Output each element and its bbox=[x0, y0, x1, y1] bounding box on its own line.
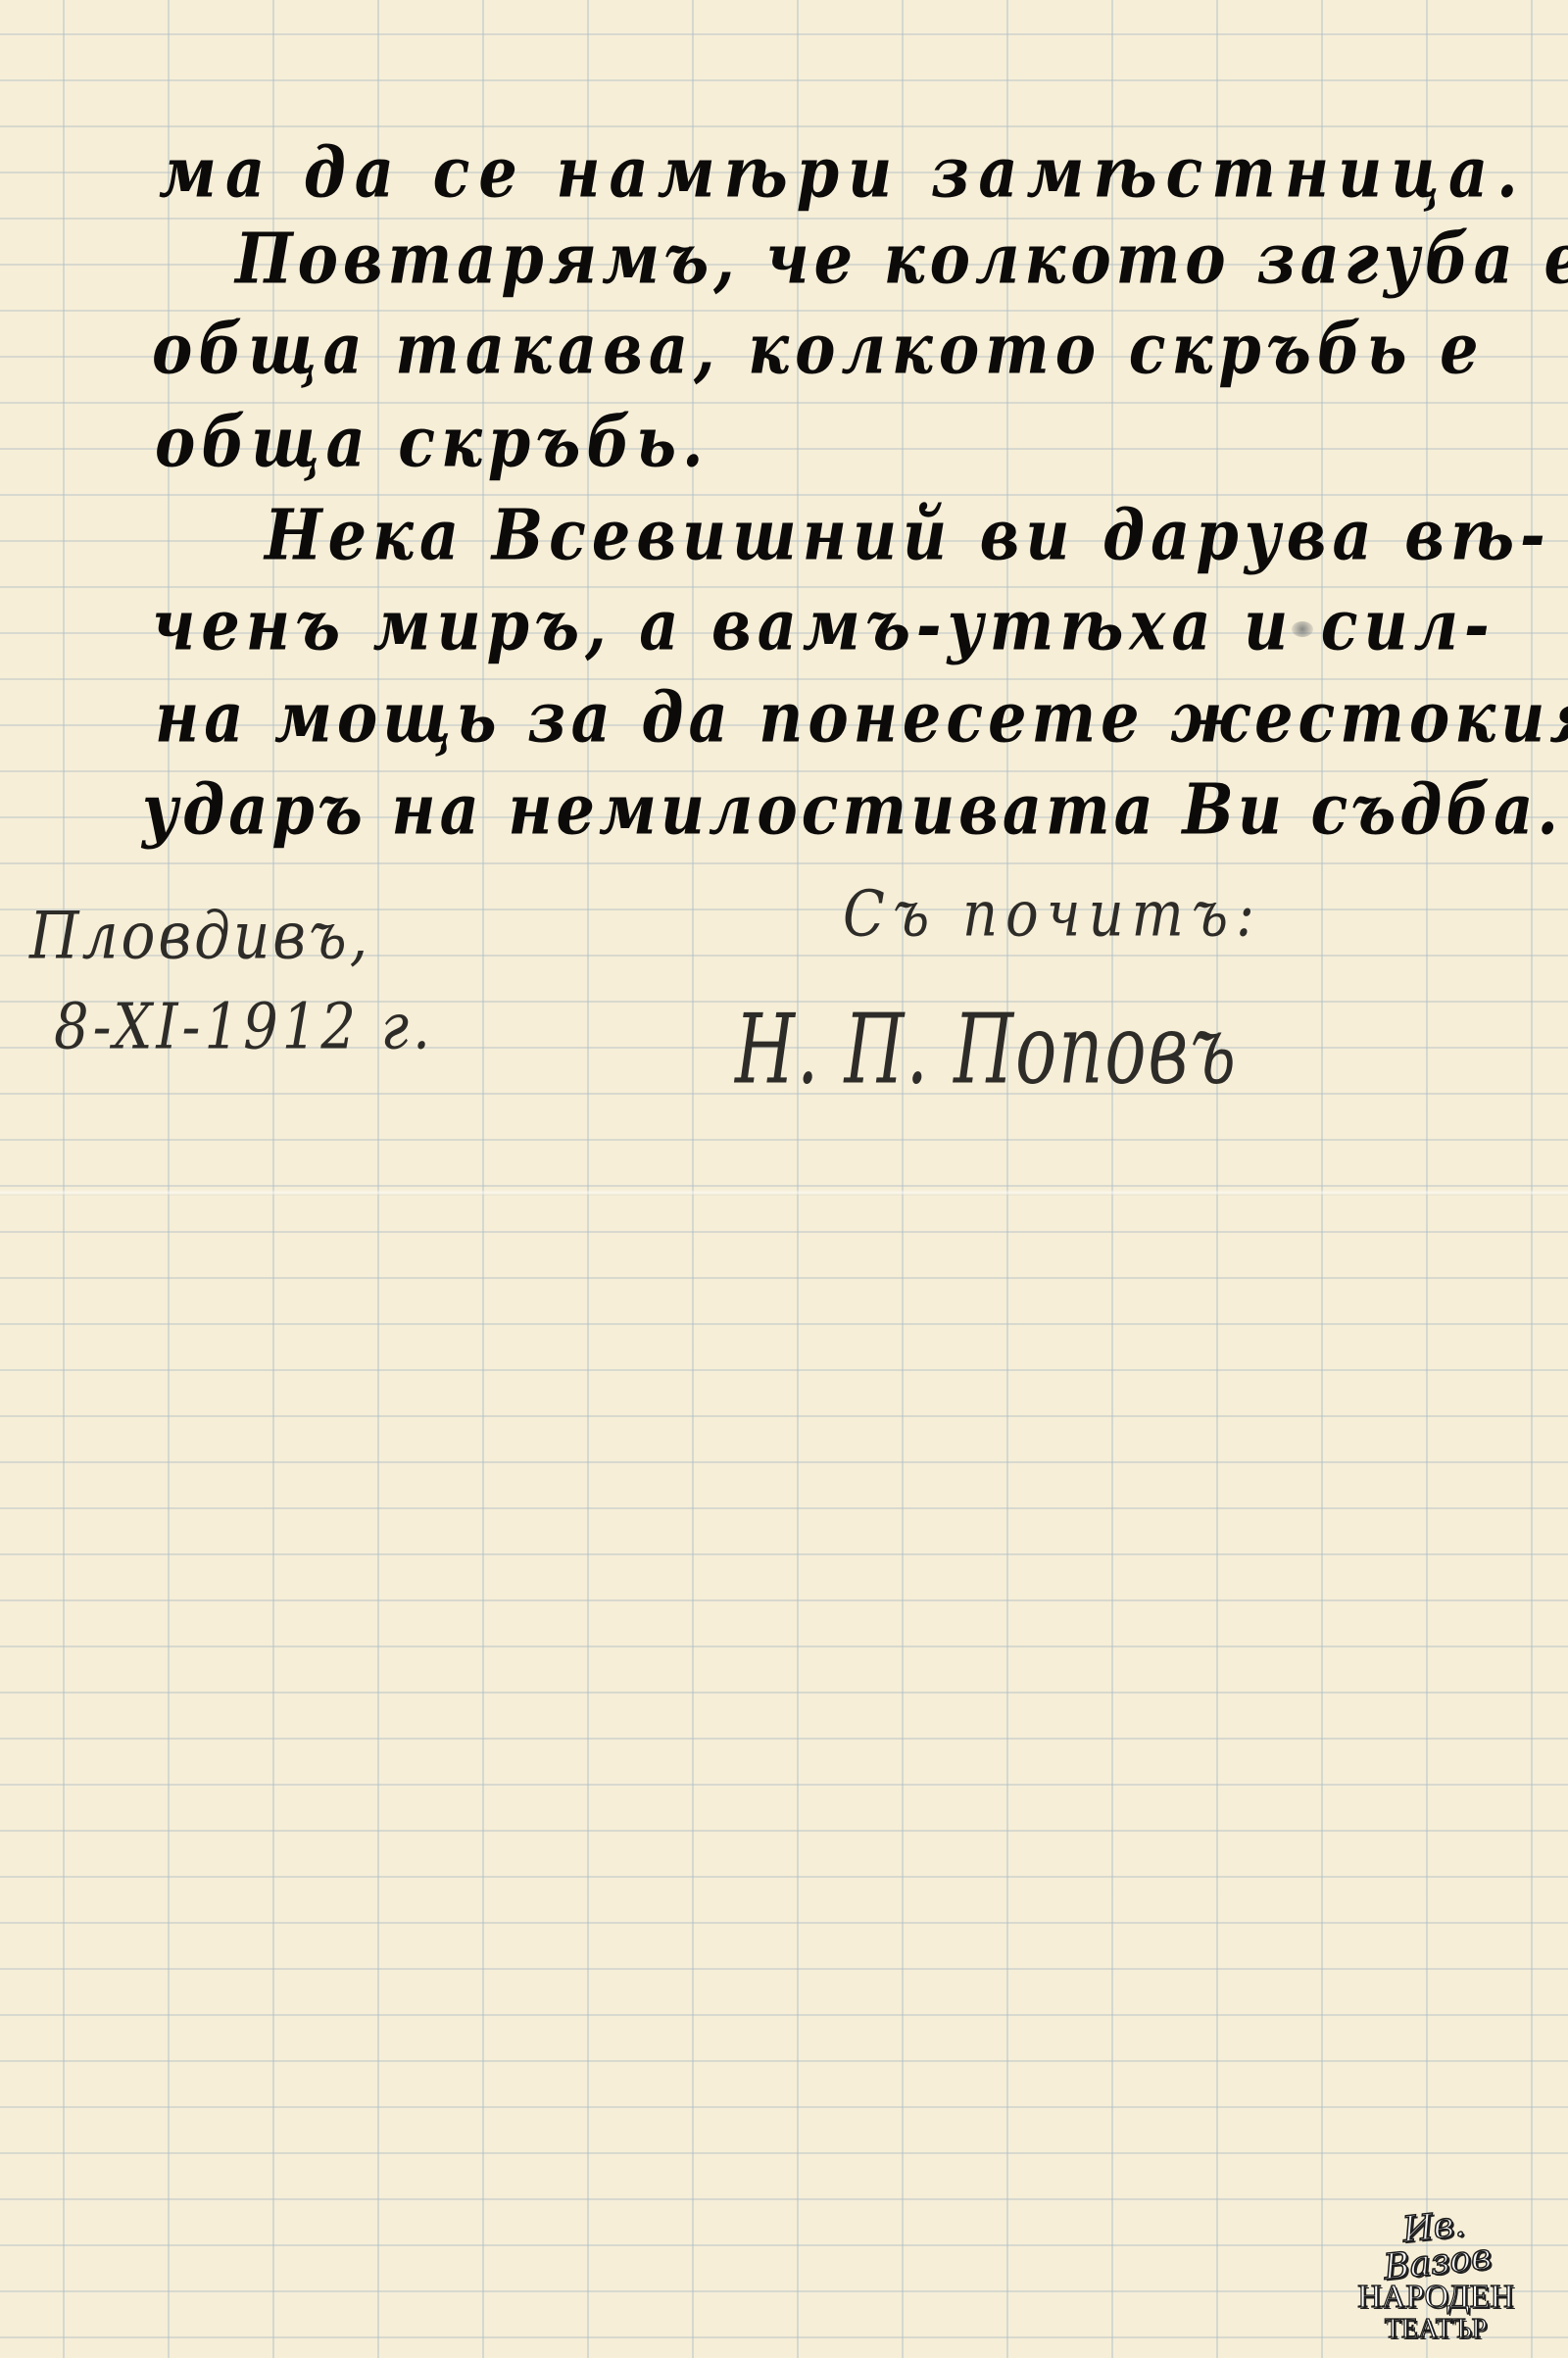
letter-line-4: обща скръбь. bbox=[155, 408, 710, 477]
letter-line-3: обща такава, колкото скръбь е bbox=[152, 315, 1485, 384]
place-of-writing: Пловдивъ, bbox=[29, 903, 370, 968]
letter-date: 8-XI-1912 г. bbox=[54, 997, 434, 1059]
letter-line-8: ударъ на немилостивата Ви съдба. bbox=[142, 775, 1562, 845]
closing-phrase: Съ почитъ: bbox=[843, 884, 1262, 947]
paper-fold bbox=[0, 1190, 1568, 1196]
ink-blot bbox=[1292, 621, 1313, 637]
letter-line-5: Нека Всевишний ви дарува вѣ- bbox=[265, 501, 1551, 570]
letter-page: ма да се намѣри замѣстница. Повтарямъ, ч… bbox=[0, 0, 1568, 2358]
watermark-line-2: ТЕАТЪР bbox=[1347, 2316, 1524, 2343]
letter-line-1: ма да се намѣри замѣстница. bbox=[159, 138, 1527, 208]
letter-line-7: на мощь за да понесете жестокия bbox=[155, 683, 1568, 753]
letter-line-2: Повтарямъ, че колкото загуба е bbox=[235, 224, 1568, 294]
national-theatre-watermark: Ив. Вазов НАРОДЕН ТЕАТЪР bbox=[1347, 2210, 1524, 2343]
signature: Н. П. Поповъ bbox=[735, 1002, 1238, 1098]
watermark-script-name: Ив. Вазов bbox=[1345, 2201, 1528, 2289]
